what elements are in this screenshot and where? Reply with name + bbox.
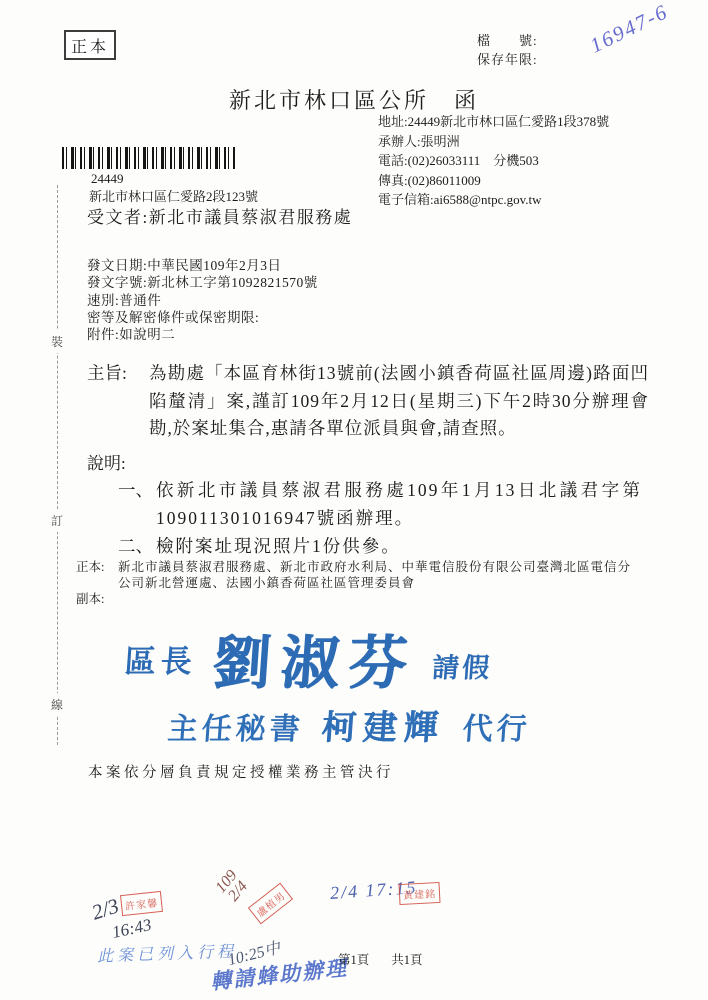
binding-mark-zhuang: 裝 — [50, 330, 64, 353]
distribution-copy-label: 副本: — [76, 589, 104, 607]
description-label: 說明: — [87, 449, 126, 474]
document-meta-block: 發文日期:中華民國109年2月3日 發文字號:新北林工字第1092821570號… — [87, 257, 318, 343]
item-number: 一、 — [118, 476, 156, 532]
page-footer: 第1頁 共1頁 — [338, 950, 423, 968]
recipient-zip: 24449 — [91, 171, 124, 187]
handwritten-scheduled-note: 此案已列入行程 — [97, 939, 238, 967]
subject-section: 主旨: 為勘處「本區育林街13號前(法國小鎮香荷區社區周邊)路面凹陷釐清」案,謹… — [87, 360, 649, 443]
name-stamp-1: 許家馨 — [120, 891, 163, 916]
recipient-line: 受文者:新北市議員蔡淑君服務處 — [87, 203, 352, 228]
security-class: 密等及解密條件或保密期限: — [87, 309, 318, 326]
file-no-label: 檔 號: — [477, 31, 538, 50]
issue-number: 發文字號:新北林工字第1092821570號 — [87, 274, 318, 291]
speed-class: 速別:普通件 — [87, 292, 318, 309]
item-text: 檢附案址現況照片1份供參。 — [156, 532, 642, 560]
copy-type-stamp-box: 正本 — [64, 30, 116, 60]
description-item-1: 一、 依新北市議員蔡淑君服務處109年1月13日北議君字第10901130101… — [118, 476, 642, 532]
item-text: 依新北市議員蔡淑君服務處109年1月13日北議君字第10901130101694… — [156, 476, 642, 532]
signer-name: 柯建輝 — [320, 700, 446, 749]
handwritten-time-1: 16:43 — [110, 915, 153, 943]
binding-margin-line — [57, 185, 58, 745]
scanned-official-letter: 正本 檔 號: 保存年限: 16947-6 新北市林口區公所 函 地址:2444… — [0, 0, 708, 1000]
signer-status: 請假 — [431, 646, 494, 685]
item-number: 二、 — [118, 532, 156, 560]
signer-name: 劉淑芬 — [210, 616, 420, 700]
subject-text: 為勘處「本區育林街13號前(法國小鎮香荷區社區周邊)路面凹陷釐清」案,謹訂109… — [149, 360, 649, 443]
sender-email: 電子信箱:ai6588@ntpc.gov.tw — [378, 190, 609, 210]
original-label: 正本: — [76, 560, 118, 591]
file-number-block: 檔 號: 保存年限: — [477, 31, 538, 69]
sender-contact-block: 地址:24449新北市林口區仁愛路1段378號 承辦人:張明洲 電話:(02)2… — [378, 112, 609, 210]
sender-fax: 傳真:(02)86011009 — [378, 171, 609, 191]
description-item-2: 二、 檢附案址現況照片1份供參。 — [118, 532, 642, 560]
sender-address: 地址:24449新北市林口區仁愛路1段378號 — [378, 112, 609, 132]
original-recipients: 新北市議員蔡淑君服務處、新北市政府水利局、中華電信股份有限公司臺灣北區電信分公司… — [118, 560, 640, 591]
name-stamp-3: 黃建銘 — [398, 882, 440, 905]
handwritten-date-2: 109 2/4 — [213, 868, 251, 906]
attachment-note: 附件:如說明二 — [87, 326, 318, 343]
authorization-note: 本案依分層負責規定授權業務主管決行 — [88, 761, 394, 782]
binding-mark-ding: 訂 — [50, 509, 64, 532]
page-total: 共1頁 — [391, 950, 422, 968]
signer-role: 主任秘書 — [166, 704, 305, 748]
mailing-barcode — [62, 147, 235, 169]
handwritten-file-number: 16947-6 — [586, 0, 672, 58]
name-stamp-2: 盧植男 — [248, 883, 293, 925]
retention-label: 保存年限: — [477, 50, 538, 69]
sender-contact-person: 承辦人:張明洲 — [378, 132, 609, 152]
distribution-original: 正本: 新北市議員蔡淑君服務處、新北市政府水利局、中華電信股份有限公司臺灣北區電… — [76, 560, 640, 591]
signer-role: 區長 — [123, 636, 198, 681]
page-number: 第1頁 — [338, 950, 369, 968]
signature-line-chief: 區長 劉淑芬 請假 — [122, 616, 496, 700]
signer-status: 代行 — [461, 704, 532, 748]
signature-line-secretary: 主任秘書 柯建輝 代行 — [166, 700, 532, 749]
subject-label: 主旨: — [87, 360, 149, 443]
document-title: 新北市林口區公所 函 — [0, 84, 708, 115]
issue-date: 發文日期:中華民國109年2月3日 — [87, 257, 318, 274]
binding-mark-xian: 線 — [50, 693, 64, 716]
sender-phone: 電話:(02)26033111 分機503 — [378, 151, 609, 171]
